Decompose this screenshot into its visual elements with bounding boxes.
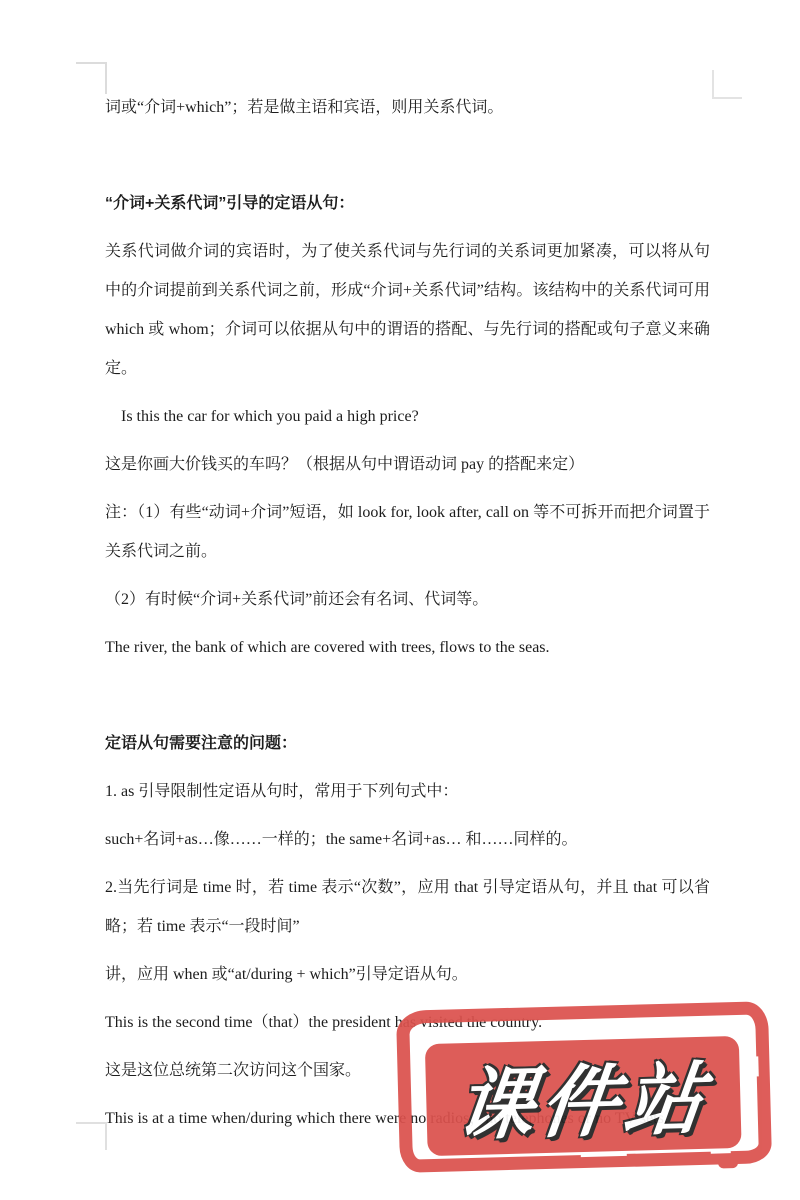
text-boundary-mark-bottom-left	[76, 1122, 107, 1150]
text-boundary-mark-top-left	[76, 62, 107, 94]
blank-line	[105, 676, 710, 724]
doc-paragraph: such+名词+as…像……一样的；the same+名词+as… 和……同样的…	[105, 820, 710, 859]
text-boundary-mark-top-right	[712, 70, 742, 99]
note-paragraph: 注：（1）有些“动词+介词”短语，如 look for, look after,…	[105, 493, 710, 571]
blank-line	[105, 136, 710, 184]
example-translation: 这是你画大价钱买的车吗？（根据从句中谓语动词 pay 的搭配来定）	[105, 445, 710, 484]
note-paragraph: （2）有时候“介词+关系代词”前还会有名词、代词等。	[105, 580, 710, 619]
stamp-border-gap	[741, 1056, 759, 1076]
doc-paragraph: 讲，应用 when 或“at/during + which”引导定语从句。	[105, 955, 710, 994]
kejianzhan-stamp-watermark: 课件站	[396, 1001, 772, 1173]
stamp-text: 课件站	[451, 1037, 716, 1156]
example-sentence-english: Is this the car for which you paid a hig…	[105, 397, 710, 436]
document-page: 词或“介词+which”；若是做主语和宾语，则用关系代词。 “介词+关系代词”引…	[0, 0, 800, 1200]
stamp-inner-block: 课件站	[425, 1036, 742, 1156]
section-heading-attributive-clause-notes: 定语从句需要注意的问题：	[105, 724, 710, 763]
doc-paragraph: 关系代词做介词的宾语时，为了使关系代词与先行词的关系词更加紧凑，可以将从句中的介…	[105, 232, 710, 388]
doc-paragraph: 1. as 引导限制性定语从句时，常用于下列句式中：	[105, 772, 710, 811]
doc-paragraph: 2.当先行词是 time 时，若 time 表示“次数”，应用 that 引导定…	[105, 868, 710, 946]
stamp-ink-blob	[718, 1157, 738, 1169]
example-sentence-english: The river, the bank of which are covered…	[105, 628, 710, 667]
doc-paragraph: 词或“介词+which”；若是做主语和宾语，则用关系代词。	[105, 88, 710, 127]
section-heading-prep-relative-pronoun: “介词+关系代词”引导的定语从句：	[105, 184, 710, 223]
document-body: 词或“介词+which”；若是做主语和宾语，则用关系代词。 “介词+关系代词”引…	[105, 88, 710, 1147]
